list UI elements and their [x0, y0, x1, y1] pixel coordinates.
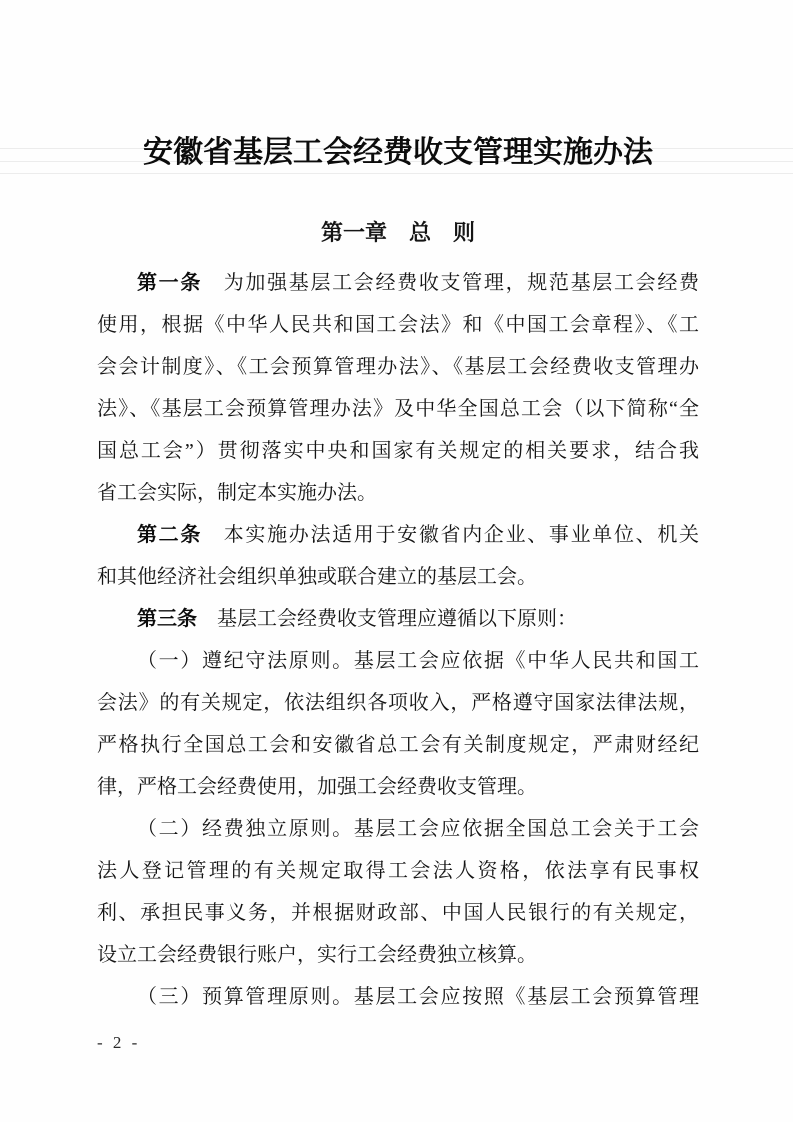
text-line: 会法》的有关规定，依法组织各项收入，严格遵守国家法律法规，: [97, 682, 699, 724]
page-title: 安徽省基层工会经费收支管理实施办法: [97, 0, 699, 174]
text-line: 利、承担民事义务，并根据财政部、中国人民银行的有关规定，: [97, 892, 699, 934]
document-page: 安徽省基层工会经费收支管理实施办法 第一章 总 则 第一条 为加强基层工会经费收…: [0, 0, 793, 1122]
chapter-heading: 第一章 总 则: [97, 218, 699, 248]
text-line: 严格执行全国总工会和安徽省总工会有关制度规定，严肃财经纪: [97, 724, 699, 766]
text-line: （三）预算管理原则。基层工会应按照《基层工会预算管理: [97, 976, 699, 1018]
document-body: 第一条 为加强基层工会经费收支管理，规范基层工会经费使用，根据《中华人民共和国工…: [97, 262, 699, 1018]
text-line: （二）经费独立原则。基层工会应依据全国总工会关于工会: [97, 808, 699, 850]
text-line: 省工会实际，制定本实施办法。: [97, 472, 699, 514]
page-number: - 2 -: [97, 1033, 140, 1053]
text-line: 法人登记管理的有关规定取得工会法人资格，依法享有民事权: [97, 850, 699, 892]
article-number: 第三条: [137, 608, 197, 630]
text-line: 国总工会”）贯彻落实中央和国家有关规定的相关要求，结合我: [97, 430, 699, 472]
text-line: 设立工会经费银行账户，实行工会经费独立核算。: [97, 934, 699, 976]
text-line: 和其他经济社会组织单独或联合建立的基层工会。: [97, 556, 699, 598]
text-line: 法》、《基层工会预算管理办法》及中华全国总工会（以下简称“全: [97, 388, 699, 430]
text-line: 会会计制度》、《工会预算管理办法》、《基层工会经费收支管理办: [97, 346, 699, 388]
text-line: 使用，根据《中华人民共和国工会法》和《中国工会章程》、《工: [97, 304, 699, 346]
text-line: （一）遵纪守法原则。基层工会应依据《中华人民共和国工: [97, 640, 699, 682]
article-number: 第二条: [137, 524, 202, 546]
text-line: 第三条 基层工会经费收支管理应遵循以下原则：: [97, 598, 699, 640]
text-line: 律，严格工会经费使用，加强工会经费收支管理。: [97, 766, 699, 808]
article-number: 第一条: [137, 272, 202, 294]
text-line: 第一条 为加强基层工会经费收支管理，规范基层工会经费: [97, 262, 699, 304]
document-content: 安徽省基层工会经费收支管理实施办法 第一章 总 则 第一条 为加强基层工会经费收…: [97, 0, 699, 1018]
text-line: 第二条 本实施办法适用于安徽省内企业、事业单位、机关: [97, 514, 699, 556]
